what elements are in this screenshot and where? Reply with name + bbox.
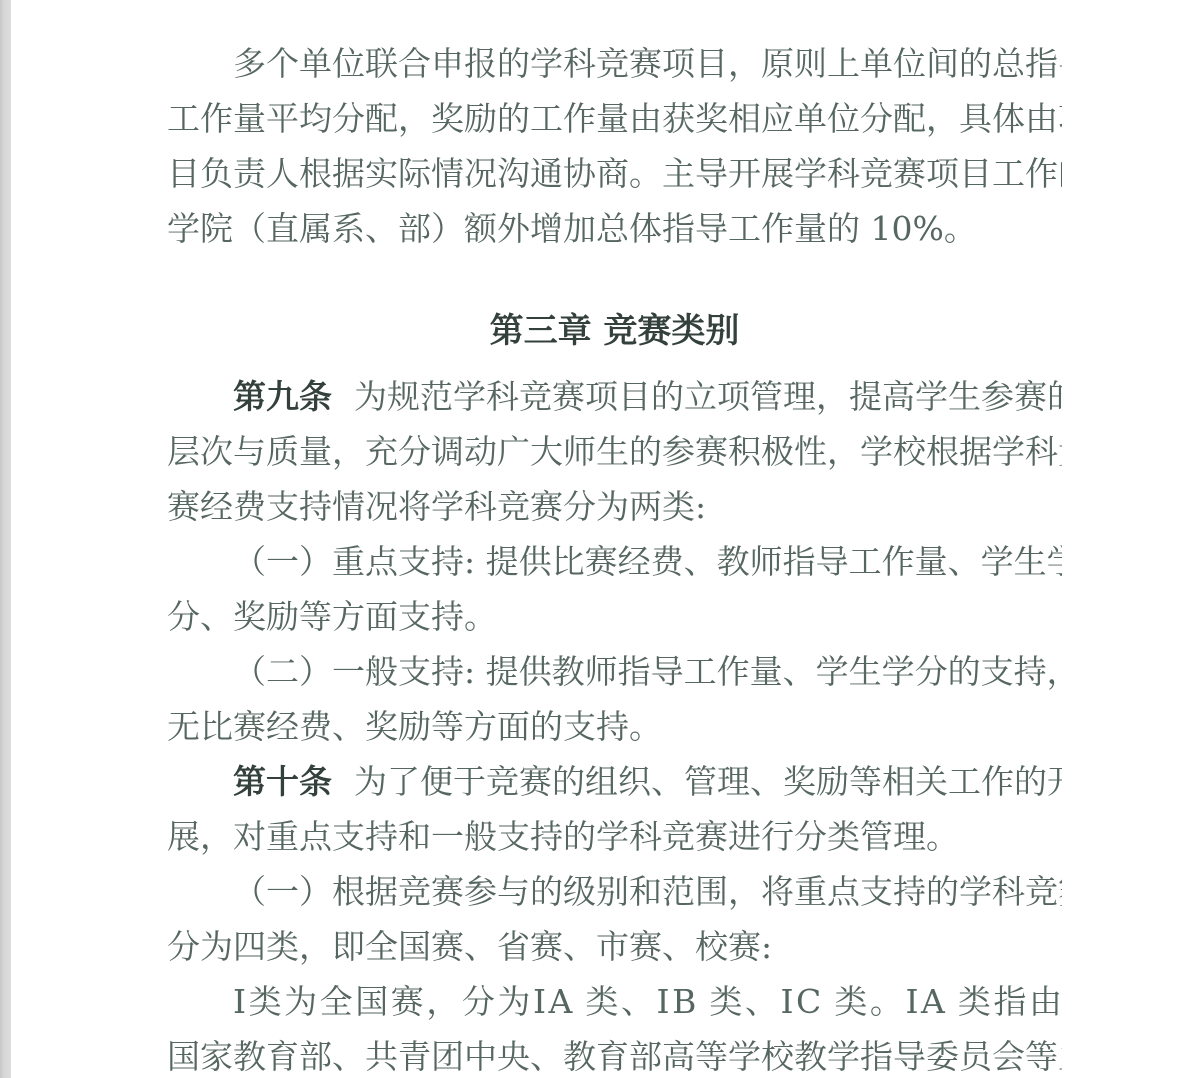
doc-line-16: Ⅰ类为全国赛，分为ⅠA 类、ⅠB 类、ⅠC 类。ⅠA 类指由 <box>167 974 1062 1029</box>
doc-line-5-text: 为规范学科竞赛项目的立项管理，提高学生参赛的 <box>354 377 1062 416</box>
doc-line-4: 学院（直属系、部）额外增加总体指导工作量的 10%。 <box>167 201 1062 256</box>
doc-line-2-text: 工作量平均分配，奖励的工作量由获奖相应单位分配，具体由项 <box>167 99 1062 138</box>
chapter-3-heading: 第三章 竞赛类别 <box>167 303 1062 359</box>
page-edge-strip <box>0 0 11 1078</box>
doc-line-3-text: 目负责人根据实际情况沟通协商。主导开展学科竞赛项目工作的 <box>167 154 1062 193</box>
doc-line-13-text: 展，对重点支持和一般支持的学科竞赛进行分类管理。 <box>167 817 959 856</box>
doc-line-14: （一）根据竞赛参与的级别和范围，将重点支持的学科竞赛 <box>167 864 1062 919</box>
doc-line-16-text: Ⅰ类为全国赛，分为ⅠA 类、ⅠB 类、ⅠC 类。ⅠA 类指由 <box>233 982 1062 1021</box>
article-10-label: 第十条 <box>233 762 332 801</box>
doc-line-1: 多个单位联合申报的学科竞赛项目，原则上单位间的总指导 <box>167 0 1062 91</box>
doc-line-12: 第十条为了便于竞赛的组织、管理、奖励等相关工作的开 <box>167 754 1062 809</box>
doc-line-9: 分、奖励等方面支持。 <box>167 589 1062 644</box>
doc-line-6: 层次与质量，充分调动广大师生的参赛积极性，学校根据学科竞 <box>167 424 1062 479</box>
doc-line-15: 分为四类，即全国赛、省赛、市赛、校赛: <box>167 919 1062 974</box>
doc-line-10: （二）一般支持: 提供教师指导工作量、学生学分的支持， <box>167 644 1062 699</box>
doc-line-12-text: 为了便于竞赛的组织、管理、奖励等相关工作的开 <box>354 762 1062 801</box>
doc-line-10-text: （二）一般支持: 提供教师指导工作量、学生学分的支持， <box>233 652 1062 691</box>
document-page: 多个单位联合申报的学科竞赛项目，原则上单位间的总指导 工作量平均分配，奖励的工作… <box>167 0 1062 1078</box>
doc-line-11: 无比赛经费、奖励等方面的支持。 <box>167 699 1062 754</box>
doc-line-5: 第九条为规范学科竞赛项目的立项管理，提高学生参赛的 <box>167 369 1062 424</box>
article-9-label: 第九条 <box>233 377 332 416</box>
doc-line-6-text: 层次与质量，充分调动广大师生的参赛积极性，学校根据学科竞 <box>167 432 1062 471</box>
doc-line-15-text: 分为四类，即全国赛、省赛、市赛、校赛: <box>167 927 772 966</box>
doc-line-14-text: （一）根据竞赛参与的级别和范围，将重点支持的学科竞赛 <box>233 872 1062 911</box>
doc-line-7: 赛经费支持情况将学科竞赛分为两类: <box>167 479 1062 534</box>
doc-line-3: 目负责人根据实际情况沟通协商。主导开展学科竞赛项目工作的 <box>167 146 1062 201</box>
doc-line-9-text: 分、奖励等方面支持。 <box>167 597 497 636</box>
doc-line-1-text: 多个单位联合申报的学科竞赛项目，原则上单位间的总指导 <box>233 44 1062 83</box>
doc-line-17: 国家教育部、共青团中央、教育部高等学校教学指导委员会等主 <box>167 1029 1062 1078</box>
doc-line-4-text: 学院（直属系、部）额外增加总体指导工作量的 10%。 <box>167 209 977 248</box>
doc-line-7-text: 赛经费支持情况将学科竞赛分为两类: <box>167 487 706 526</box>
doc-line-11-text: 无比赛经费、奖励等方面的支持。 <box>167 707 662 746</box>
doc-line-8-text: （一）重点支持: 提供比赛经费、教师指导工作量、学生学 <box>233 542 1062 581</box>
doc-line-8: （一）重点支持: 提供比赛经费、教师指导工作量、学生学 <box>167 534 1062 589</box>
doc-line-13: 展，对重点支持和一般支持的学科竞赛进行分类管理。 <box>167 809 1062 864</box>
doc-line-2: 工作量平均分配，奖励的工作量由获奖相应单位分配，具体由项 <box>167 91 1062 146</box>
doc-line-17-text: 国家教育部、共青团中央、教育部高等学校教学指导委员会等主 <box>167 1037 1062 1076</box>
